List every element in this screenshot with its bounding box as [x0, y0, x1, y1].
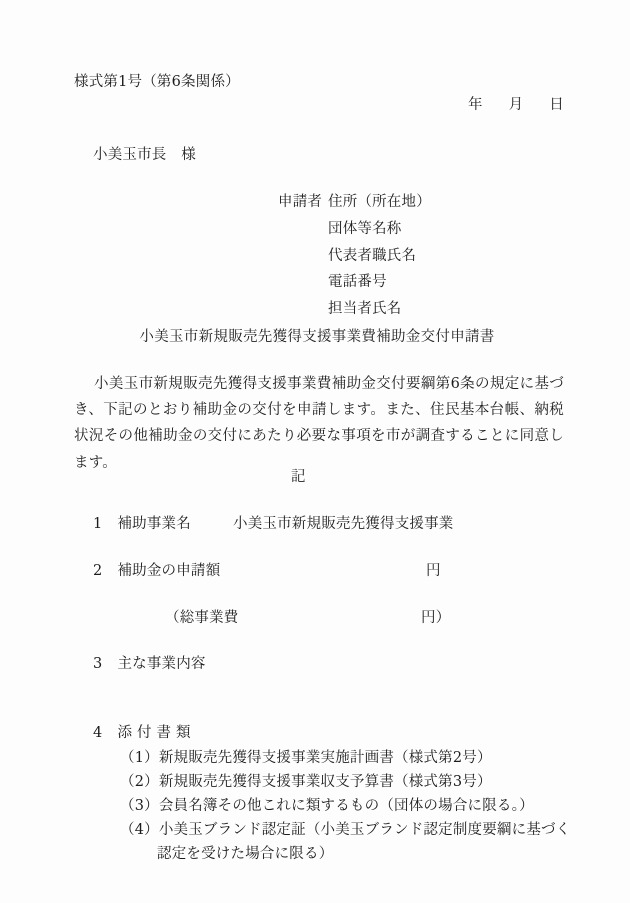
attachment-item-2: （2）新規販売先獲得支援事業収支予算書（様式第3号）: [120, 774, 492, 790]
item-4-label: 添 付 書 類: [117, 725, 190, 741]
item-1-label: 補助事業名: [117, 516, 191, 532]
item-1-number: 1: [93, 516, 102, 532]
applicant-row-representative: 代表者職氏名: [278, 243, 431, 270]
item-2-subtotal-unit-yen: 円）: [421, 610, 450, 626]
attachment-item-4-continuation: 認定を受けた場合に限る）: [157, 846, 333, 862]
date-year-label: 年: [468, 97, 483, 113]
attachment-item-1: （1）新規販売先獲得支援事業実施計画書（様式第2号）: [120, 750, 492, 766]
date-line: 年 月 日: [468, 97, 564, 113]
applicant-field-organization: 団体等名称: [328, 221, 402, 237]
item-2-unit-yen: 円: [426, 563, 441, 579]
item-2-label: 補助金の申請額: [117, 563, 220, 579]
applicant-block: 申請者 住所（所在地） 団体等名称 代表者職氏名 電話番号 担当者氏名: [278, 189, 431, 323]
item-2-number: 2: [93, 563, 102, 579]
item-3-label: 主な事業内容: [117, 656, 205, 672]
item-4-line: 4添 付 書 類: [93, 725, 191, 741]
applicant-field-phone: 電話番号: [328, 274, 387, 290]
applicant-row-organization: 団体等名称: [278, 216, 431, 243]
item-2-subtotal-label: （総事業費: [165, 610, 239, 626]
applicant-row-phone: 電話番号: [278, 269, 431, 296]
item-3-line: 3主な事業内容: [93, 656, 206, 672]
body-paragraph: 小美玉市新規販売先獲得支援事業費補助金交付要綱第6条の規定に基づき、下記のとおり…: [74, 371, 564, 476]
date-day-label: 日: [549, 97, 564, 113]
form-number: 様式第1号（第6条関係）: [74, 74, 240, 90]
applicant-row-address: 申請者 住所（所在地）: [278, 189, 431, 216]
applicant-field-representative: 代表者職氏名: [328, 248, 416, 264]
addressee: 小美玉市長 様: [93, 147, 196, 163]
document-title: 小美玉市新規販売先獲得支援事業費補助金交付申請書: [75, 329, 559, 345]
applicant-label: 申請者: [278, 189, 322, 216]
item-3-number: 3: [93, 656, 102, 672]
item-1-line: 1補助事業名: [93, 516, 191, 532]
applicant-row-contact-person: 担当者氏名: [278, 296, 431, 323]
application-form-page: 様式第1号（第6条関係） 年 月 日 小美玉市長 様 申請者 住所（所在地） 団…: [0, 0, 630, 903]
attachment-item-3: （3）会員名簿その他これに類するもの（団体の場合に限る。）: [120, 798, 534, 814]
item-2-line: 2補助金の申請額: [93, 563, 220, 579]
record-marker: 記: [291, 469, 306, 485]
date-month-label: 月: [509, 97, 524, 113]
item-1-value: 小美玉市新規販売先獲得支援事業: [233, 516, 454, 532]
attachment-item-4: （4）小美玉ブランド認定証（小美玉ブランド認定制度要綱に基づく: [120, 822, 570, 838]
item-4-number: 4: [93, 725, 102, 741]
applicant-field-address: 住所（所在地）: [328, 194, 431, 210]
applicant-field-contact-person: 担当者氏名: [328, 301, 402, 317]
